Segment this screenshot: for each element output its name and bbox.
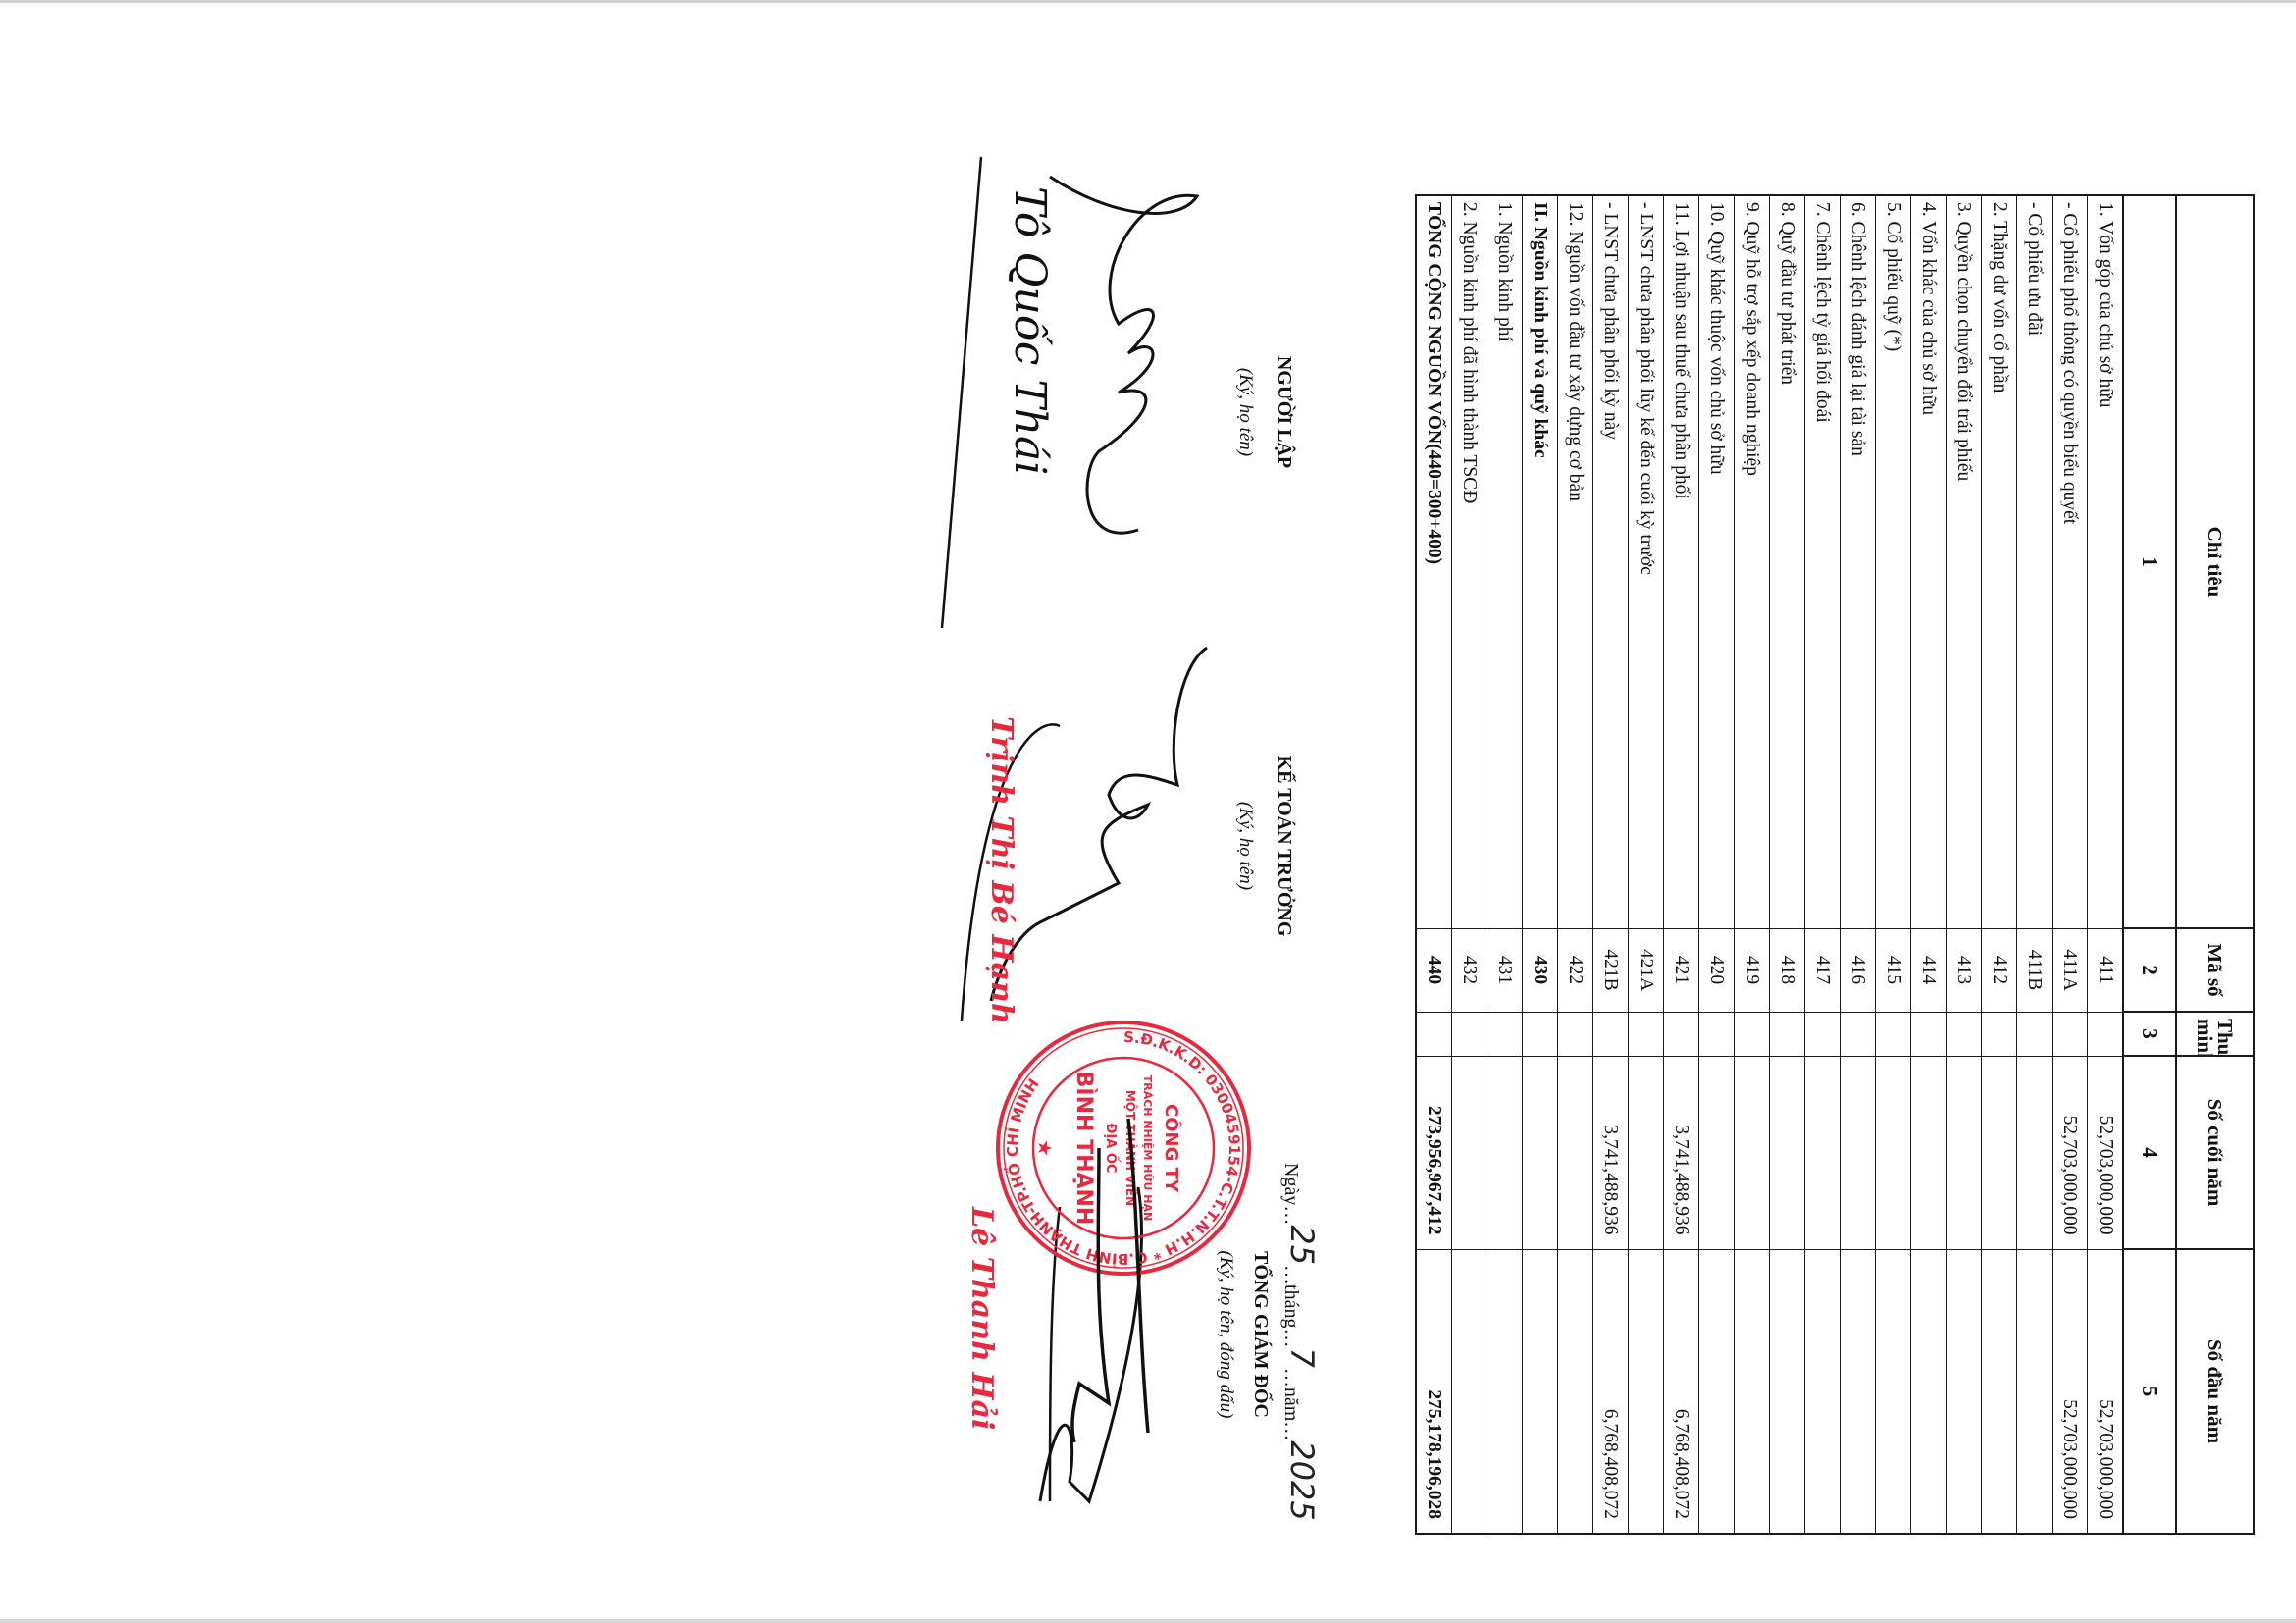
row-label: 9. Quỹ hỗ trợ sắp xếp doanh nghiệp [1735,195,1770,928]
preparer-name: Tô Quốc Thái [1005,186,1055,475]
row-note [1558,1012,1593,1056]
row-end-year: 52,703,000,000 [2088,1056,2124,1249]
table-row: - LNST chưa phân phối lũy kế đến cuối kỳ… [1629,195,1664,1534]
date-month: 7 [1283,1347,1321,1367]
row-label: - LNST chưa phân phối lũy kế đến cuối kỳ… [1629,195,1664,928]
row-code: 432 [1452,928,1487,1012]
row-note [1699,1012,1735,1056]
row-end-year [1629,1056,1664,1249]
chief-accountant-note: (Ký, họ tên) [1234,699,1256,993]
row-label: - LNST chưa phân phối kỳ này [1593,195,1629,928]
row-note [1805,1012,1841,1056]
row-start-year: 52,703,000,000 [2088,1249,2124,1534]
table-header-row: Chỉ tiêu Mã số Thuyết minh Số cuối năm S… [2176,195,2254,1534]
row-note [1523,1012,1558,1056]
row-code: 417 [1805,928,1841,1012]
table-row: 5. Cổ phiếu quỹ (*)415 [1876,195,1911,1534]
table-body: 1. Vốn góp của chủ sở hữu41152,703,000,0… [1416,195,2123,1534]
header-chi-tieu: Chỉ tiêu [2176,195,2254,928]
row-start-year: 6,768,408,072 [1593,1249,1629,1534]
header-so-dau-nam: Số đầu năm [2176,1249,2254,1534]
row-end-year: 52,703,000,000 [2053,1056,2088,1249]
row-code: 431 [1487,928,1523,1012]
row-label: 5. Cổ phiếu quỹ (*) [1876,195,1911,928]
row-label: II. Nguồn kinh phí và quỹ khác [1523,195,1558,928]
row-note [1664,1012,1699,1056]
row-start-year [1770,1249,1805,1534]
column-number: 2 [2123,928,2176,1012]
row-end-year [1982,1056,2017,1249]
row-start-year [2017,1249,2053,1534]
row-note [2053,1012,2088,1056]
chief-accountant-name: Trịnh Thị Bé Hạnh [984,716,1018,1024]
row-code: 420 [1699,928,1735,1012]
table-row: 1. Vốn góp của chủ sở hữu41152,703,000,0… [2088,195,2124,1534]
row-code: 412 [1982,928,2017,1012]
row-code: 416 [1841,928,1876,1012]
balance-sheet-table: Chỉ tiêu Mã số Thuyết minh Số cuối năm S… [1415,194,2255,1535]
column-number: 5 [2123,1249,2176,1534]
row-note [2017,1012,2053,1056]
row-code: 422 [1558,928,1593,1012]
row-start-year [1629,1249,1664,1534]
row-start-year [1487,1249,1523,1534]
row-end-year [1452,1056,1487,1249]
row-end-year [1876,1056,1911,1249]
table-row: 12. Nguồn vốn đầu tư xây dựng cơ bản422 [1558,195,1593,1534]
date-prefix: Ngày [1280,1163,1302,1205]
table-row: II. Nguồn kinh phí và quỹ khác430 [1523,195,1558,1534]
row-note [1735,1012,1770,1056]
row-label: TỔNG CỘNG NGUỒN VỐN(440=300+400) [1416,195,1452,928]
row-end-year [1770,1056,1805,1249]
row-label: - Cổ phiếu ưu đãi [2017,195,2053,928]
table-row: 7. Chênh lệch tỷ giá hối đoái417 [1805,195,1841,1534]
director-name: Lê Thanh Hải [965,1207,999,1430]
row-code: 411B [2017,928,2053,1012]
table-row: - Cổ phiếu phổ thông có quyền biểu quyết… [2053,195,2088,1534]
row-start-year [1523,1249,1558,1534]
table-row: 1. Nguồn kinh phí431 [1487,195,1523,1534]
table-row: 2. Thặng dư vốn cổ phần412 [1982,195,2017,1534]
row-end-year: 3,741,488,936 [1593,1056,1629,1249]
header-thuyet-minh: Thuyết minh [2176,1012,2254,1056]
director-signature-strokes [1011,1109,1168,1462]
row-start-year [1699,1249,1735,1534]
row-code: 413 [1947,928,1982,1012]
column-number: 1 [2123,195,2176,928]
row-start-year [1452,1249,1487,1534]
table-row: - LNST chưa phân phối kỳ này421B3,741,48… [1593,195,1629,1534]
table-row: - Cổ phiếu ưu đãi411B [2017,195,2053,1534]
row-note [1770,1012,1805,1056]
row-note [1911,1012,1947,1056]
table-row: 10. Quỹ khác thuộc vốn chủ sở hữu420 [1699,195,1735,1534]
row-code: 411 [2088,928,2124,1012]
row-end-year [1735,1056,1770,1249]
table-row: 8. Quỹ đầu tư phát triển418 [1770,195,1805,1534]
table-row: 9. Quỹ hỗ trợ sắp xếp doanh nghiệp419 [1735,195,1770,1534]
date-year: 2025 [1283,1440,1321,1520]
row-code: 421 [1664,928,1699,1012]
row-note [1947,1012,1982,1056]
row-end-year [2017,1056,2053,1249]
row-start-year: 52,703,000,000 [2053,1249,2088,1534]
table-row: 3. Quyền chọn chuyển đổi trái phiếu413 [1947,195,1982,1534]
row-label: 8. Quỹ đầu tư phát triển [1770,195,1805,928]
header-so-cuoi-nam: Số cuối năm [2176,1056,2254,1249]
table-row: 2. Nguồn kinh phí đã hình thành TSCĐ432 [1452,195,1487,1534]
row-note [1629,1012,1664,1056]
row-label: 1. Vốn góp của chủ sở hữu [2088,195,2124,928]
row-label: 3. Quyền chọn chuyển đổi trái phiếu [1947,195,1982,928]
row-start-year [1947,1249,1982,1534]
row-end-year [1523,1056,1558,1249]
row-end-year [1841,1056,1876,1249]
row-note [1841,1012,1876,1056]
table-row: 4. Vốn khác của chủ sở hữu414 [1911,195,1947,1534]
preparer-title: NGƯỜI LẬP [1273,285,1295,540]
row-note [2088,1012,2124,1056]
date-line: Ngày…25…tháng…7…năm…2025 [1278,1163,1315,1521]
row-start-year [1558,1249,1593,1534]
column-number: 3 [2123,1012,2176,1056]
row-code: 415 [1876,928,1911,1012]
row-start-year [1982,1249,2017,1534]
row-note [1416,1012,1452,1056]
row-start-year [1735,1249,1770,1534]
date-year-label: năm [1280,1387,1302,1421]
row-code: 418 [1770,928,1805,1012]
row-end-year [1558,1056,1593,1249]
table-row: 11. Lợi nhuận sau thuế chưa phân phối421… [1664,195,1699,1534]
row-note [1982,1012,2017,1056]
row-code: 411A [2053,928,2088,1012]
row-note [1876,1012,1911,1056]
row-end-year [1487,1056,1523,1249]
row-label: 11. Lợi nhuận sau thuế chưa phân phối [1664,195,1699,928]
row-code: 419 [1735,928,1770,1012]
row-code: 440 [1416,928,1452,1012]
column-number-row: 1 2 3 4 5 [2123,195,2176,1534]
date-day: 25 [1283,1225,1321,1265]
row-label: 1. Nguồn kinh phí [1487,195,1523,928]
row-label: 4. Vốn khác của chủ sở hữu [1911,195,1947,928]
row-label: - Cổ phiếu phổ thông có quyền biểu quyết [2053,195,2088,928]
table-row: TỔNG CỘNG NGUỒN VỐN(440=300+400)440273,9… [1416,195,1452,1534]
row-end-year [1911,1056,1947,1249]
preparer-signature [922,157,1236,667]
row-end-year: 273,956,967,412 [1416,1056,1452,1249]
header-ma-so: Mã số [2176,928,2254,1012]
balance-sheet-page: Chỉ tiêu Mã số Thuyết minh Số cuối năm S… [0,0,2296,1623]
table-row: 6. Chênh lệch đánh giá lại tài sản416 [1841,195,1876,1534]
row-label: 10. Quỹ khác thuộc vốn chủ sở hữu [1699,195,1735,928]
row-end-year [1947,1056,1982,1249]
date-month-label: tháng [1280,1284,1302,1328]
row-label: 2. Thặng dư vốn cổ phần [1982,195,2017,928]
row-start-year [1805,1249,1841,1534]
row-end-year [1699,1056,1735,1249]
row-note [1593,1012,1629,1056]
row-code: 414 [1911,928,1947,1012]
preparer-note: (Ký, họ tên) [1234,285,1256,540]
row-label: 7. Chênh lệch tỷ giá hối đoái [1805,195,1841,928]
row-label: 2. Nguồn kinh phí đã hình thành TSCĐ [1452,195,1487,928]
row-code: 421A [1629,928,1664,1012]
row-label: 12. Nguồn vốn đầu tư xây dựng cơ bản [1558,195,1593,928]
row-start-year [1841,1249,1876,1534]
row-start-year: 6,768,408,072 [1664,1249,1699,1534]
row-end-year [1805,1056,1841,1249]
row-end-year: 3,741,488,936 [1664,1056,1699,1249]
row-code: 430 [1523,928,1558,1012]
row-code: 421B [1593,928,1629,1012]
column-number: 4 [2123,1056,2176,1249]
row-start-year [1876,1249,1911,1534]
row-start-year [1911,1249,1947,1534]
row-note [1487,1012,1523,1056]
row-label: 6. Chênh lệch đánh giá lại tài sản [1841,195,1876,928]
row-note [1452,1012,1487,1056]
chief-accountant-title: KẾ TOÁN TRƯỞNG [1273,699,1295,993]
row-start-year: 275,178,196,028 [1416,1249,1452,1534]
